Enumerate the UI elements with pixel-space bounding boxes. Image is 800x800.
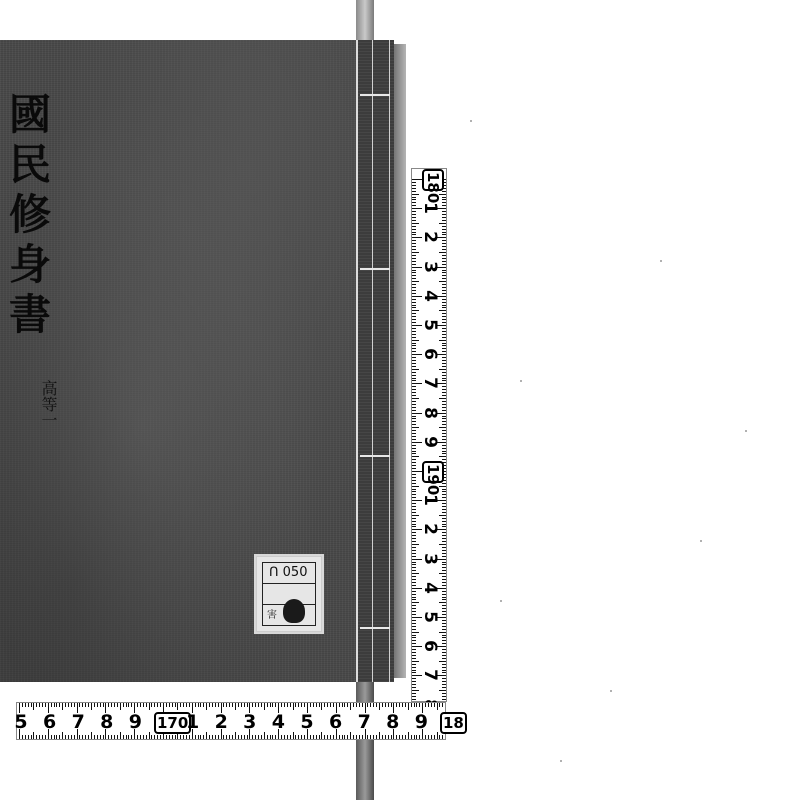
ruler-tick bbox=[123, 703, 124, 707]
ruler-tick bbox=[261, 703, 262, 707]
ruler-tick bbox=[442, 509, 446, 510]
ruler-tick bbox=[442, 363, 446, 364]
ruler-tick bbox=[114, 735, 115, 739]
ruler-tick bbox=[301, 703, 302, 707]
ruler-tick bbox=[412, 687, 416, 688]
ruler-tick bbox=[442, 678, 446, 679]
ruler-tick bbox=[258, 703, 259, 707]
ruler-tick bbox=[313, 703, 314, 707]
ruler-tick bbox=[324, 703, 325, 707]
ruler-tick bbox=[412, 421, 416, 422]
ruler-tick bbox=[412, 351, 416, 352]
ruler-tick bbox=[62, 703, 63, 710]
ruler-tick bbox=[189, 703, 190, 707]
ruler-tick bbox=[382, 703, 383, 707]
ruler-tick bbox=[412, 637, 416, 638]
ruler-tick bbox=[439, 398, 446, 399]
ruler-tick bbox=[31, 735, 32, 739]
ruler-tick bbox=[412, 348, 416, 349]
scan-noise bbox=[700, 540, 702, 542]
ruler-tick bbox=[91, 703, 92, 710]
ruler-tick bbox=[218, 735, 219, 739]
ruler-tick bbox=[442, 302, 446, 303]
ruler-tick bbox=[412, 258, 416, 259]
ruler-tick bbox=[412, 541, 416, 542]
book-subtitle: 高等一 bbox=[34, 380, 58, 428]
ruler-tick bbox=[88, 703, 89, 707]
ruler-tick bbox=[412, 337, 416, 338]
ruler-tick bbox=[412, 512, 416, 513]
ruler-tick bbox=[412, 515, 419, 516]
ruler-tick bbox=[103, 703, 104, 707]
seal-stamp-icon bbox=[283, 599, 305, 623]
ruler-tick bbox=[203, 735, 204, 739]
ruler-tick bbox=[131, 703, 132, 707]
ruler-tick bbox=[123, 735, 124, 739]
ruler-tick bbox=[108, 735, 109, 739]
ruler-tick bbox=[442, 681, 446, 682]
ruler-tick bbox=[428, 735, 429, 739]
ruler-tick bbox=[22, 735, 23, 739]
ruler-tick bbox=[412, 608, 416, 609]
ruler-tick bbox=[439, 310, 446, 311]
ruler-tick bbox=[36, 735, 37, 739]
ruler-tick bbox=[412, 334, 416, 335]
ruler-tick bbox=[379, 732, 380, 739]
scan-noise bbox=[470, 120, 472, 122]
ruler-tick bbox=[442, 229, 446, 230]
ruler-tick bbox=[319, 735, 320, 739]
ruler-tick bbox=[442, 506, 446, 507]
ruler-tick bbox=[412, 182, 416, 183]
ruler-tick bbox=[442, 649, 446, 650]
ruler-tick bbox=[412, 398, 419, 399]
ruler-tick bbox=[54, 735, 55, 739]
ruler-tick bbox=[412, 468, 416, 469]
ruler-number: 6 bbox=[326, 711, 346, 733]
ruler-tick bbox=[442, 489, 446, 490]
ruler-tick bbox=[206, 732, 207, 739]
ruler-tick bbox=[151, 735, 152, 739]
ruler-tick bbox=[412, 503, 416, 504]
ruler-tick bbox=[442, 532, 446, 533]
ruler-tick bbox=[376, 703, 377, 707]
ruler-tick bbox=[442, 287, 446, 288]
ruler-tick bbox=[442, 290, 446, 291]
ruler-tick bbox=[442, 556, 446, 557]
ruler-tick bbox=[442, 623, 446, 624]
ruler-tick bbox=[412, 544, 419, 545]
ruler-tick bbox=[442, 735, 443, 739]
ruler-tick bbox=[412, 670, 416, 671]
ruler-number: 6 bbox=[420, 346, 440, 362]
ruler-tick bbox=[412, 205, 416, 206]
ruler-tick bbox=[215, 703, 216, 707]
ruler-tick bbox=[412, 629, 416, 630]
ruler-tick bbox=[218, 703, 219, 707]
ruler-tick bbox=[209, 735, 210, 739]
ruler-number: 1 bbox=[420, 492, 440, 508]
ruler-tick bbox=[79, 735, 80, 739]
ruler-tick bbox=[412, 331, 416, 332]
ruler-tick bbox=[412, 375, 416, 376]
ruler-tick bbox=[25, 703, 26, 707]
ruler-tick bbox=[442, 389, 446, 390]
ruler-tick bbox=[442, 664, 446, 665]
ruler-tick bbox=[442, 410, 446, 411]
ruler-tick bbox=[412, 427, 419, 428]
ruler-tick bbox=[324, 735, 325, 739]
ruler-tick bbox=[412, 462, 416, 463]
ruler-tick bbox=[442, 343, 446, 344]
ruler-tick bbox=[442, 258, 446, 259]
ruler-tick bbox=[442, 494, 446, 495]
ruler-tick bbox=[344, 735, 345, 739]
ruler-number: 3 bbox=[420, 551, 440, 567]
ruler-number: 1 bbox=[183, 711, 203, 733]
ruler-tick bbox=[31, 703, 32, 707]
ruler-tick bbox=[388, 703, 389, 707]
ruler-tick bbox=[65, 703, 66, 707]
ruler-tick bbox=[126, 703, 127, 707]
ruler-tick bbox=[412, 658, 416, 659]
ruler-tick bbox=[439, 223, 446, 224]
scan-noise bbox=[660, 260, 662, 262]
ruler-tick bbox=[442, 433, 446, 434]
ruler-tick bbox=[442, 313, 446, 314]
ruler-tick bbox=[272, 735, 273, 739]
ruler-tick bbox=[264, 732, 265, 739]
ruler-tick bbox=[412, 547, 416, 548]
ruler-tick bbox=[442, 418, 446, 419]
ruler-tick bbox=[412, 202, 416, 203]
ruler-tick bbox=[412, 223, 419, 224]
ruler-tick bbox=[290, 735, 291, 739]
ruler-tick bbox=[412, 602, 419, 603]
ruler-tick bbox=[412, 345, 416, 346]
ruler-tick bbox=[412, 494, 416, 495]
ruler-tick bbox=[412, 369, 419, 370]
ruler-tick bbox=[431, 735, 432, 739]
ruler-tick bbox=[442, 307, 446, 308]
ruler-tick bbox=[198, 735, 199, 739]
ruler-tick bbox=[359, 703, 360, 707]
ruler-tick bbox=[412, 597, 416, 598]
ruler-tick bbox=[434, 703, 435, 707]
ruler-number: 2 bbox=[420, 521, 440, 537]
ruler-tick bbox=[169, 735, 170, 739]
ruler-tick bbox=[439, 369, 446, 370]
ruler-tick bbox=[149, 732, 150, 739]
ruler-tick bbox=[442, 564, 446, 565]
ruler-number: 7 bbox=[420, 667, 440, 683]
ruler-tick bbox=[209, 703, 210, 707]
ruler-tick bbox=[356, 703, 357, 707]
ruler-number: 6 bbox=[40, 711, 60, 733]
ruler-tick bbox=[442, 643, 446, 644]
ruler-tick bbox=[412, 372, 416, 373]
ruler-tick bbox=[412, 599, 416, 600]
bookmark-ribbon-top bbox=[356, 0, 374, 42]
ruler-tick bbox=[362, 735, 363, 739]
ruler-tick bbox=[137, 703, 138, 707]
ruler-tick bbox=[412, 194, 419, 195]
ruler-tick bbox=[442, 404, 446, 405]
ruler-tick bbox=[412, 211, 416, 212]
ruler-tick bbox=[442, 211, 446, 212]
ruler-tick bbox=[412, 480, 416, 481]
ruler-tick bbox=[428, 703, 429, 707]
ruler-tick bbox=[391, 735, 392, 739]
ruler-tick bbox=[310, 703, 311, 707]
ruler-tick bbox=[154, 735, 155, 739]
ruler-tick bbox=[244, 703, 245, 707]
ruler-tick bbox=[412, 243, 416, 244]
ruler-tick bbox=[169, 703, 170, 707]
ruler-tick bbox=[412, 430, 416, 431]
book-title: 國民修身書 bbox=[4, 92, 58, 342]
ruler-tick bbox=[442, 357, 446, 358]
scan-noise bbox=[520, 380, 522, 382]
ruler-tick bbox=[412, 299, 416, 300]
ruler-tick bbox=[45, 735, 46, 739]
ruler-tick bbox=[212, 735, 213, 739]
ruler-tick bbox=[442, 562, 446, 563]
ruler-tick bbox=[442, 272, 446, 273]
ruler-tick bbox=[412, 465, 416, 466]
ruler-tick bbox=[412, 220, 416, 221]
ruler-tick bbox=[180, 735, 181, 739]
ruler-tick bbox=[412, 640, 416, 641]
ruler-tick bbox=[412, 623, 416, 624]
ruler-tick bbox=[412, 664, 416, 665]
binding-stitch bbox=[360, 627, 390, 629]
ruler-tick bbox=[412, 281, 419, 282]
ruler-tick bbox=[412, 261, 416, 262]
ruler-tick bbox=[442, 197, 446, 198]
ruler-tick bbox=[71, 703, 72, 707]
ruler-tick bbox=[373, 735, 374, 739]
ruler-tick bbox=[186, 703, 187, 707]
ruler-tick bbox=[313, 735, 314, 739]
ruler-tick bbox=[412, 407, 416, 408]
ruler-tick bbox=[442, 591, 446, 592]
ruler-number: 4 bbox=[420, 288, 440, 304]
ruler-tick bbox=[439, 456, 446, 457]
ruler-tick bbox=[412, 401, 416, 402]
ruler-tick bbox=[412, 252, 419, 253]
ruler-tick bbox=[402, 735, 403, 739]
ruler-tick bbox=[442, 655, 446, 656]
ruler-tick bbox=[412, 614, 416, 615]
ruler-tick bbox=[442, 416, 446, 417]
ruler-tick bbox=[442, 351, 446, 352]
ruler-tick bbox=[439, 661, 446, 662]
ruler-tick bbox=[442, 483, 446, 484]
ruler-tick bbox=[442, 652, 446, 653]
ruler-tick bbox=[442, 246, 446, 247]
ruler-tick bbox=[425, 735, 426, 739]
ruler-tick bbox=[255, 735, 256, 739]
ruler-number: 8 bbox=[420, 405, 440, 421]
ruler-tick bbox=[412, 313, 416, 314]
ruler-tick bbox=[442, 348, 446, 349]
ruler-tick bbox=[442, 217, 446, 218]
ruler-tick bbox=[399, 735, 400, 739]
ruler-tick bbox=[442, 255, 446, 256]
ruler-number: 1 bbox=[420, 200, 440, 216]
scan-noise bbox=[500, 600, 502, 602]
ruler-tick bbox=[412, 585, 416, 586]
ruler-number: 3 bbox=[420, 259, 440, 275]
ruler-tick bbox=[412, 357, 416, 358]
ruler-tick bbox=[442, 620, 446, 621]
ruler-tick bbox=[350, 732, 351, 739]
ruler-tick bbox=[235, 732, 236, 739]
ruler-tick bbox=[284, 703, 285, 707]
ruler-tick bbox=[442, 205, 446, 206]
ruler-tick bbox=[373, 703, 374, 707]
ruler-tick bbox=[235, 703, 236, 710]
ruler-tick bbox=[284, 735, 285, 739]
ruler-tick bbox=[412, 678, 416, 679]
ruler-tick bbox=[154, 703, 155, 707]
ruler-tick bbox=[241, 735, 242, 739]
ruler-tick bbox=[442, 614, 446, 615]
ruler-tick bbox=[412, 436, 416, 437]
ruler-tick bbox=[412, 562, 416, 563]
ruler-tick bbox=[442, 378, 446, 379]
ruler-tick bbox=[353, 703, 354, 707]
ruler-tick bbox=[321, 703, 322, 710]
ruler-tick bbox=[442, 264, 446, 265]
ruler-tick bbox=[439, 427, 446, 428]
ruler-tick bbox=[287, 703, 288, 707]
ruler-tick bbox=[131, 735, 132, 739]
binding-stitch bbox=[360, 94, 390, 96]
ruler-tick bbox=[330, 735, 331, 739]
ruler-tick bbox=[412, 226, 416, 227]
ruler-tick bbox=[412, 661, 419, 662]
ruler-tick bbox=[255, 703, 256, 707]
ruler-tick bbox=[411, 703, 412, 707]
ruler-tick bbox=[412, 360, 416, 361]
ruler-tick bbox=[442, 491, 446, 492]
ruler-tick bbox=[425, 703, 426, 707]
ruler-tick bbox=[293, 732, 294, 739]
ruler-tick bbox=[344, 703, 345, 707]
ruler-tick bbox=[270, 703, 271, 707]
ruler-tick bbox=[442, 275, 446, 276]
ruler-tick bbox=[442, 658, 446, 659]
ruler-tick bbox=[442, 375, 446, 376]
ruler-tick bbox=[442, 497, 446, 498]
spine-binding-lines bbox=[372, 40, 390, 682]
ruler-tick bbox=[71, 735, 72, 739]
ruler-tick bbox=[412, 272, 416, 273]
ruler-tick bbox=[22, 703, 23, 707]
call-number: ᑎ 050 bbox=[263, 563, 315, 584]
ruler-tick bbox=[33, 732, 34, 739]
ruler-tick bbox=[51, 703, 52, 707]
ruler-number: 7 bbox=[420, 375, 440, 391]
ruler-tick bbox=[439, 515, 446, 516]
ruler-tick bbox=[442, 366, 446, 367]
ruler-tick bbox=[241, 703, 242, 707]
ruler-tick bbox=[267, 735, 268, 739]
ruler-tick bbox=[412, 378, 416, 379]
ruler-tick bbox=[412, 524, 416, 525]
ruler-tick bbox=[327, 703, 328, 707]
ruler-tick bbox=[442, 597, 446, 598]
ruler-tick bbox=[442, 401, 446, 402]
ruler-tick bbox=[143, 735, 144, 739]
ruler-tick bbox=[439, 632, 446, 633]
ruler-tick bbox=[290, 703, 291, 707]
ruler-tick bbox=[310, 735, 311, 739]
ruler-tick bbox=[442, 436, 446, 437]
ruler-tick bbox=[339, 703, 340, 707]
ruler-tick bbox=[442, 232, 446, 233]
ruler-tick bbox=[442, 380, 446, 381]
ruler-tick bbox=[442, 611, 446, 612]
ruler-tick bbox=[412, 471, 422, 472]
ruler-tick bbox=[281, 735, 282, 739]
ruler-tick bbox=[215, 735, 216, 739]
ruler-tick bbox=[412, 672, 416, 673]
ruler-tick bbox=[442, 430, 446, 431]
ruler-tick bbox=[97, 703, 98, 707]
ruler-tick bbox=[362, 703, 363, 707]
ruler-tick bbox=[333, 703, 334, 707]
ruler-tick bbox=[412, 197, 416, 198]
ruler-tick bbox=[412, 538, 416, 539]
ruler-tick bbox=[238, 735, 239, 739]
ruler-tick bbox=[442, 699, 446, 700]
ruler-tick bbox=[439, 690, 446, 691]
ruler-tick bbox=[412, 579, 416, 580]
ruler-tick bbox=[442, 635, 446, 636]
ruler-tick bbox=[267, 703, 268, 707]
ruler-tick bbox=[411, 735, 412, 739]
ruler-tick bbox=[442, 392, 446, 393]
ruler-tick bbox=[412, 506, 416, 507]
ruler-tick bbox=[65, 735, 66, 739]
ruler-tick bbox=[261, 735, 262, 739]
ruler-tick bbox=[180, 703, 181, 707]
ruler-tick bbox=[412, 310, 419, 311]
ruler-tick bbox=[298, 703, 299, 707]
ruler-number: 18 bbox=[440, 712, 467, 734]
ruler-tick bbox=[442, 535, 446, 536]
ruler-tick bbox=[412, 474, 416, 475]
ruler-tick bbox=[412, 620, 416, 621]
ruler-tick bbox=[442, 448, 446, 449]
ruler-tick bbox=[275, 735, 276, 739]
ruler-tick bbox=[316, 703, 317, 707]
ruler-tick bbox=[412, 451, 416, 452]
ruler-tick bbox=[94, 735, 95, 739]
ruler-tick bbox=[442, 579, 446, 580]
ruler-tick bbox=[442, 386, 446, 387]
ruler-tick bbox=[111, 703, 112, 707]
ruler-tick bbox=[226, 703, 227, 707]
ruler-tick bbox=[442, 693, 446, 694]
label-footer: 害 bbox=[263, 605, 315, 627]
ruler-tick bbox=[442, 518, 446, 519]
ruler-tick bbox=[442, 553, 446, 554]
ruler-tick bbox=[412, 275, 416, 276]
